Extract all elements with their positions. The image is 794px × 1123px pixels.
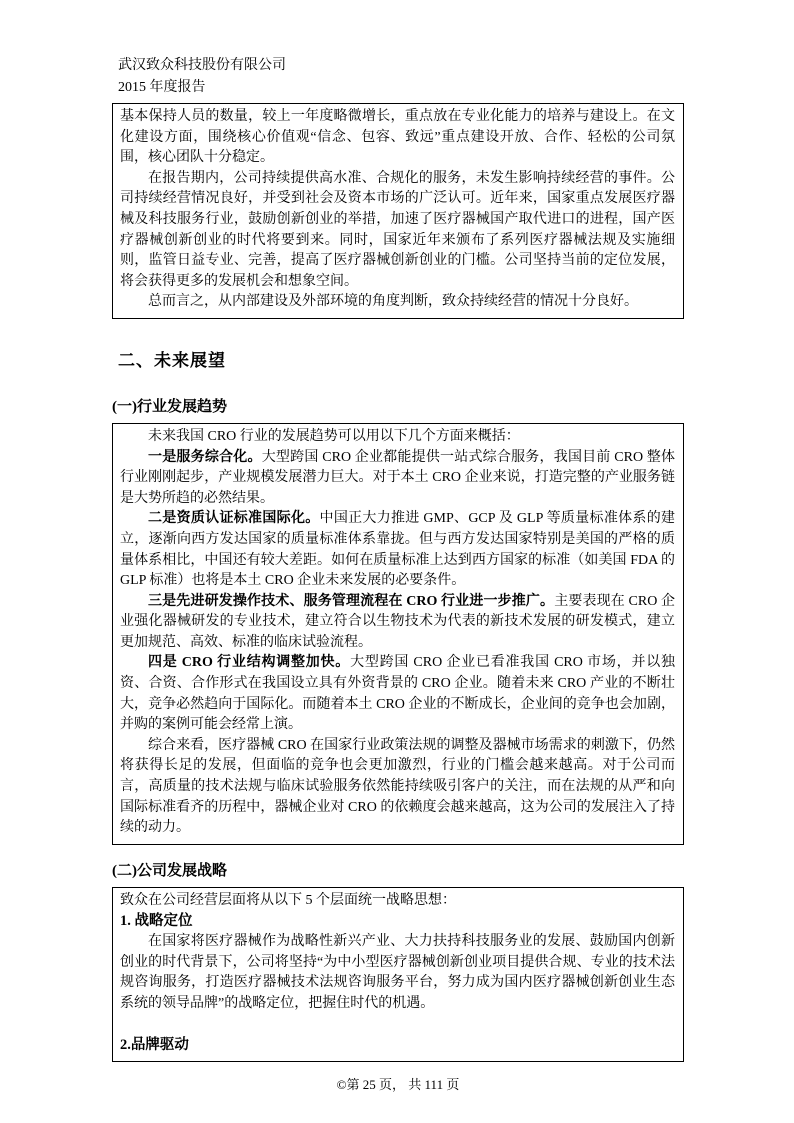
strategy-intro: 致众在公司经营层面将从以下 5 个层面统一战略思想： <box>120 891 675 912</box>
strategy-item1-title: 1. 战略定位 <box>120 911 675 932</box>
strategy-item1-text: 在国家将医疗器械作为战略性新兴产业、大力扶持科技服务业的发展、鼓励国内创新创业的… <box>120 932 675 1014</box>
paragraph-lead: 二是资质认证标准国际化。 <box>148 511 320 526</box>
document-header: 武汉致众科技股份有限公司 2015 年度报告 <box>118 55 684 99</box>
paragraph: 综合来看，医疗器械 CRO 在国家行业政策法规的调整及器械市场需求的刺激下，仍然… <box>120 736 675 839</box>
subsection-heading-industry-trends: (一)行业发展趋势 <box>112 395 684 416</box>
paragraph: 四是 CRO 行业结构调整加快。大型跨国 CRO 企业已看准我国 CRO 市场，… <box>120 653 675 735</box>
paragraph: 基本保持人员的数量，较上一年度略微增长，重点放在专业化能力的培养与建设上。在文化… <box>120 107 675 169</box>
going-concern-textbox: 基本保持人员的数量，较上一年度略微增长，重点放在专业化能力的培养与建设上。在文化… <box>112 103 684 319</box>
report-year: 2015 年度报告 <box>118 77 684 99</box>
paragraph: 总而言之，从内部建设及外部环境的角度判断，致众持续经营的情况十分良好。 <box>120 292 675 313</box>
paragraph: 未来我国 CRO 行业的发展趋势可以用以下几个方面来概括： <box>120 427 675 448</box>
section-heading-future-outlook: 二、未来展望 <box>118 346 684 371</box>
paragraph: 二是资质认证标准国际化。中国正大力推进 GMP、GCP 及 GLP 等质量标准体… <box>120 509 675 591</box>
paragraph-lead: 一是服务综合化。 <box>148 450 262 465</box>
paragraph-lead: 三是先进研发操作技术、服务管理流程在 CRO 行业进一步推广。 <box>148 594 554 609</box>
report-page: 武汉致众科技股份有限公司 2015 年度报告 基本保持人员的数量，较上一年度略微… <box>0 0 794 1123</box>
industry-trends-textbox: 未来我国 CRO 行业的发展趋势可以用以下几个方面来概括： 一是服务综合化。大型… <box>112 423 684 845</box>
paragraph: 一是服务综合化。大型跨国 CRO 企业都能提供一站式综合服务，我国目前 CRO … <box>120 448 675 510</box>
paragraph: 在报告期内，公司持续提供高水准、合规化的服务，未发生影响持续经营的事件。公司持续… <box>120 169 675 293</box>
page-content: 武汉致众科技股份有限公司 2015 年度报告 基本保持人员的数量，较上一年度略微… <box>112 0 684 1093</box>
subsection-heading-company-strategy: (二)公司发展战略 <box>112 859 684 880</box>
company-name: 武汉致众科技股份有限公司 <box>118 55 684 77</box>
page-number-footer: ©第 25 页， 共 111 页 <box>112 1074 684 1093</box>
company-strategy-textbox: 致众在公司经营层面将从以下 5 个层面统一战略思想： 1. 战略定位 在国家将医… <box>112 887 684 1062</box>
paragraph-lead: 四是 CRO 行业结构调整加快。 <box>148 655 350 670</box>
strategy-item2-title: 2.品牌驱动 <box>120 1035 675 1056</box>
paragraph: 三是先进研发操作技术、服务管理流程在 CRO 行业进一步推广。主要表现在 CRO… <box>120 592 675 654</box>
